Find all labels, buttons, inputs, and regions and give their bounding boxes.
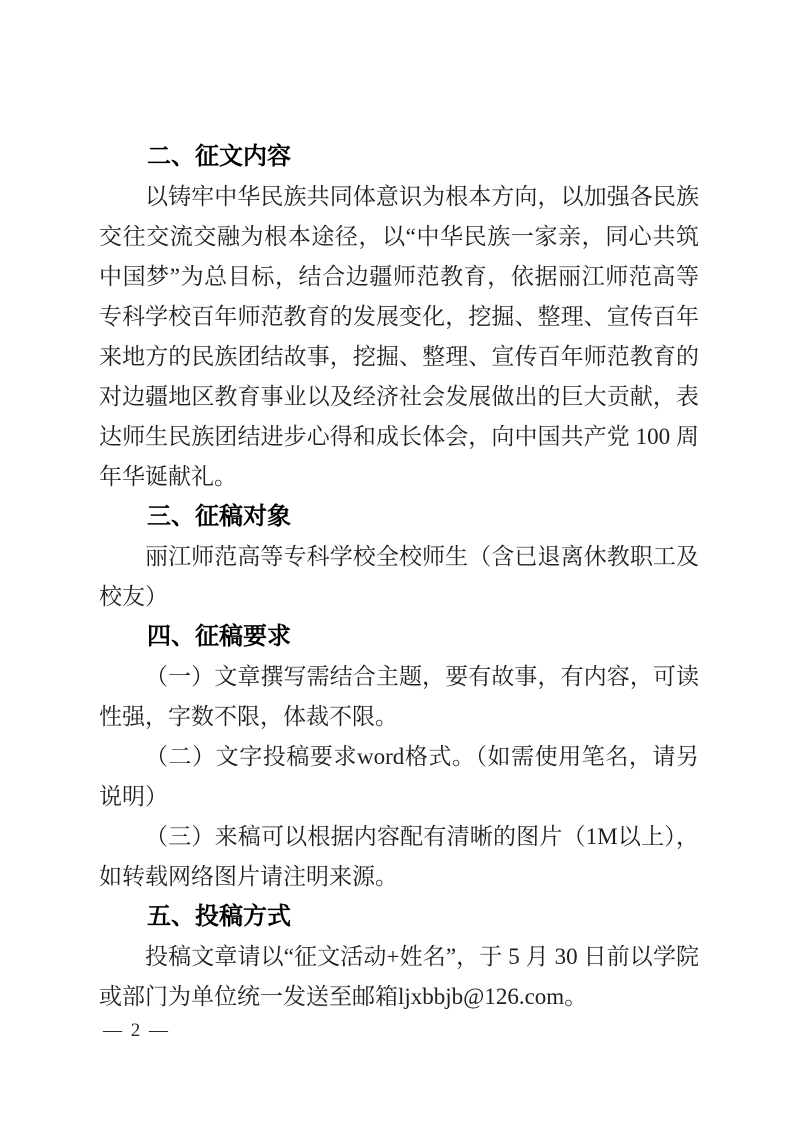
section-heading: 四、征稿要求 xyxy=(99,617,699,657)
page-number: — 2 — xyxy=(103,1018,170,1044)
paragraph: （一）文章撰写需结合主题，要有故事，有内容，可读性强，字数不限，体裁不限。 xyxy=(99,657,699,737)
paragraph: （三）来稿可以根据内容配有清晰的图片（1M以上），如转载网络图片请注明来源。 xyxy=(99,817,699,897)
section-heading: 三、征稿对象 xyxy=(99,497,699,537)
document-page: 二、征文内容以铸牢中华民族共同体意识为根本方向，以加强各民族交往交流交融为根本途… xyxy=(0,0,793,1122)
paragraph: 以铸牢中华民族共同体意识为根本方向，以加强各民族交往交流交融为根本途径，以“中华… xyxy=(99,177,699,497)
paragraph: 丽江师范高等专科学校全校师生（含已退离休教职工及校友） xyxy=(99,537,699,617)
section-heading: 二、征文内容 xyxy=(99,137,699,177)
paragraph: 投稿文章请以“征文活动+姓名”，于 5 月 30 日前以学院或部门为单位统一发送… xyxy=(99,937,699,1017)
document-body: 二、征文内容以铸牢中华民族共同体意识为根本方向，以加强各民族交往交流交融为根本途… xyxy=(99,137,699,1017)
section-heading: 五、投稿方式 xyxy=(99,897,699,937)
paragraph: （二）文字投稿要求word格式。（如需使用笔名，请另说明） xyxy=(99,737,699,817)
